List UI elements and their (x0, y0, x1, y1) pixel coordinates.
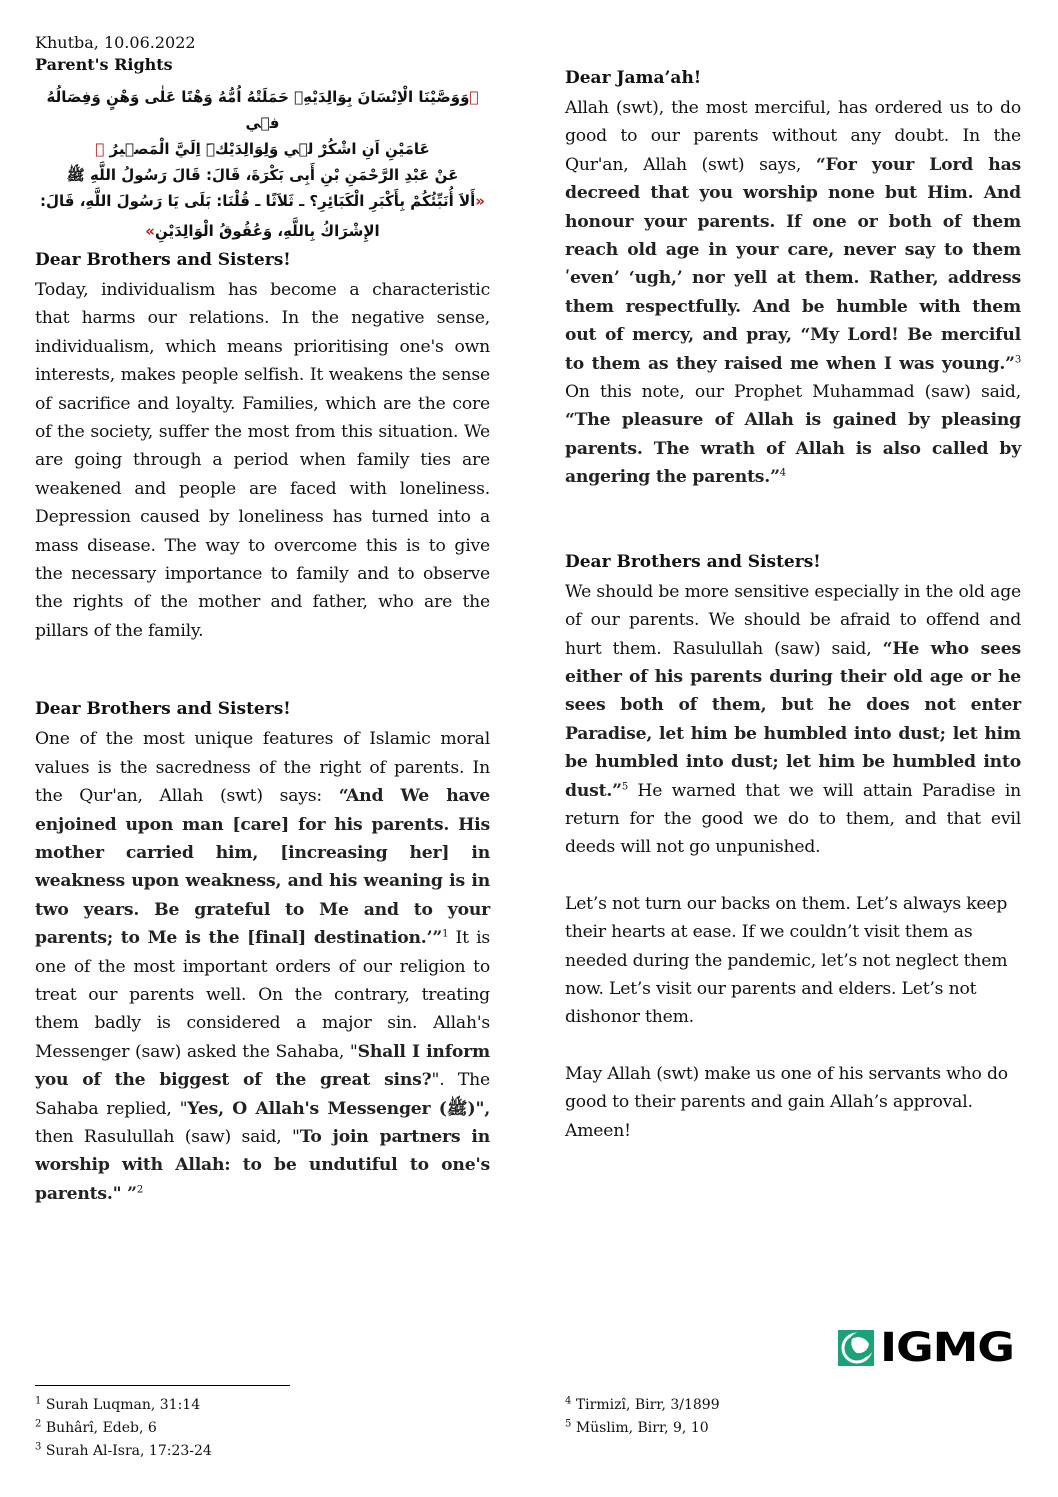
crescent-globe-icon (838, 1330, 874, 1366)
section-body: One of the most unique features of Islam… (35, 725, 490, 1208)
section-body: Allah (swt), the most merciful, has orde… (565, 94, 1021, 492)
body-text: He warned that we will attain Paradise i… (565, 781, 1021, 858)
section-heading: Dear Jama’ah! (565, 66, 1021, 90)
igmg-logo: IGMG (838, 1330, 996, 1366)
section-heading: Dear Brothers and Sisters! (35, 248, 490, 272)
verse-line-1: ﴿وَوَصَّيْنَا الْاِنْسَانَ بِوَالِدَيْهِ… (35, 84, 490, 136)
footnote-number: 1 (35, 1395, 41, 1406)
footnote-ref[interactable]: 2 (137, 1184, 143, 1195)
footnote-divider (35, 1385, 290, 1386)
document-title: Parent's Rights (35, 54, 196, 76)
footnote-text: Müslim, Birr, 9, 10 (576, 1420, 709, 1436)
hadith-quote: “The pleasure of Allah is gained by plea… (565, 410, 1021, 487)
closing-prayer: May Allah (swt) make us one of his serva… (565, 1060, 1021, 1145)
footnote-text: Tirmizî, Birr, 3/1899 (576, 1397, 720, 1413)
footnote-number: 2 (35, 1418, 41, 1429)
footnote-number: 3 (35, 1441, 41, 1452)
section-body: We should be more sensitive especially i… (565, 578, 1021, 862)
footnote-text: Buhârî, Edeb, 6 (46, 1420, 157, 1436)
verse-bracket-open: ﴿ (469, 88, 478, 106)
hadith-text-2: الإِشْرَاكُ بِاللَّهِ، وَعُقُوقُ الْوَال… (155, 222, 380, 240)
closing-paragraph: Let’s not turn our backs on them. Let’s … (565, 890, 1021, 1032)
footnote-number: 4 (565, 1395, 571, 1406)
quran-quote: “And We have enjoined upon man [care] fo… (35, 786, 490, 948)
verse-bracket-close: ﴾ (95, 140, 104, 158)
hadith-text-1: أَلاَ أُنَبِّئُكُمْ بِأَكْبَرِ الْكَبَائ… (40, 192, 475, 210)
hadith-quote-close: » (145, 222, 155, 240)
document-header: Khutba, 10.06.2022 Parent's Rights (35, 32, 196, 76)
hadith-line-1: «أَلاَ أُنَبِّئُكُمْ بِأَكْبَرِ الْكَبَا… (35, 188, 490, 214)
section-heading: Dear Brothers and Sisters! (35, 697, 490, 721)
hadith-line-2: الإِشْرَاكُ بِاللَّهِ، وَعُقُوقُ الْوَال… (35, 218, 490, 244)
hadith-intro: عَنْ عَبْدِ الرَّحْمَنِ بْنِ أَبِى بَكْر… (35, 162, 490, 188)
left-column: Dear Brothers and Sisters! Today, indivi… (35, 248, 490, 1208)
footnote-2: 2 Buhârî, Edeb, 6 (35, 1417, 157, 1439)
logo-wordmark: IGMG (880, 1330, 1014, 1366)
footnote-text: Surah Al-Isra, 17:23-24 (46, 1443, 212, 1459)
verse-line-2: عَامَيْنِ اَنِ اشْكُرْ لٖي وَلِوَالِدَيْ… (35, 136, 490, 162)
footnote-3: 3 Surah Al-Isra, 17:23-24 (35, 1440, 212, 1462)
arabic-quotes: ﴿وَوَصَّيْنَا الْاِنْسَانَ بِوَالِدَيْهِ… (35, 84, 490, 244)
hadith-quote: Yes, O Allah's Messenger (ﷺ)", (187, 1099, 490, 1119)
footnote-4: 4 Tirmizî, Birr, 3/1899 (565, 1394, 720, 1416)
section-body: Today, individualism has become a charac… (35, 276, 490, 645)
verse-text-2: عَامَيْنِ اَنِ اشْكُرْ لٖي وَلِوَالِدَيْ… (110, 140, 430, 158)
right-column: Dear Jama’ah! Allah (swt), the most merc… (565, 66, 1021, 1145)
body-text: then Rasulullah (saw) said, " (35, 1127, 300, 1147)
section-heading: Dear Brothers and Sisters! (565, 550, 1021, 574)
footnote-number: 5 (565, 1418, 571, 1429)
footnote-5: 5 Müslim, Birr, 9, 10 (565, 1417, 709, 1439)
footnote-ref[interactable]: 3 (1015, 354, 1021, 365)
hadith-quote: “He who sees either of his parents durin… (565, 639, 1021, 801)
footnote-text: Surah Luqman, 31:14 (46, 1397, 200, 1413)
body-text: " ” (113, 1184, 137, 1204)
footnote-ref[interactable]: 4 (780, 468, 786, 479)
verse-text-1: وَوَصَّيْنَا الْاِنْسَانَ بِوَالِدَيْهِۚ… (47, 88, 470, 132)
khutba-date: Khutba, 10.06.2022 (35, 32, 196, 54)
body-text: On this note, our Prophet Muhammad (saw)… (565, 382, 1021, 402)
quran-quote: “For your Lord has decreed that you wors… (565, 155, 1021, 374)
hadith-quote-open: « (475, 192, 485, 210)
footnote-1: 1 Surah Luqman, 31:14 (35, 1394, 200, 1416)
